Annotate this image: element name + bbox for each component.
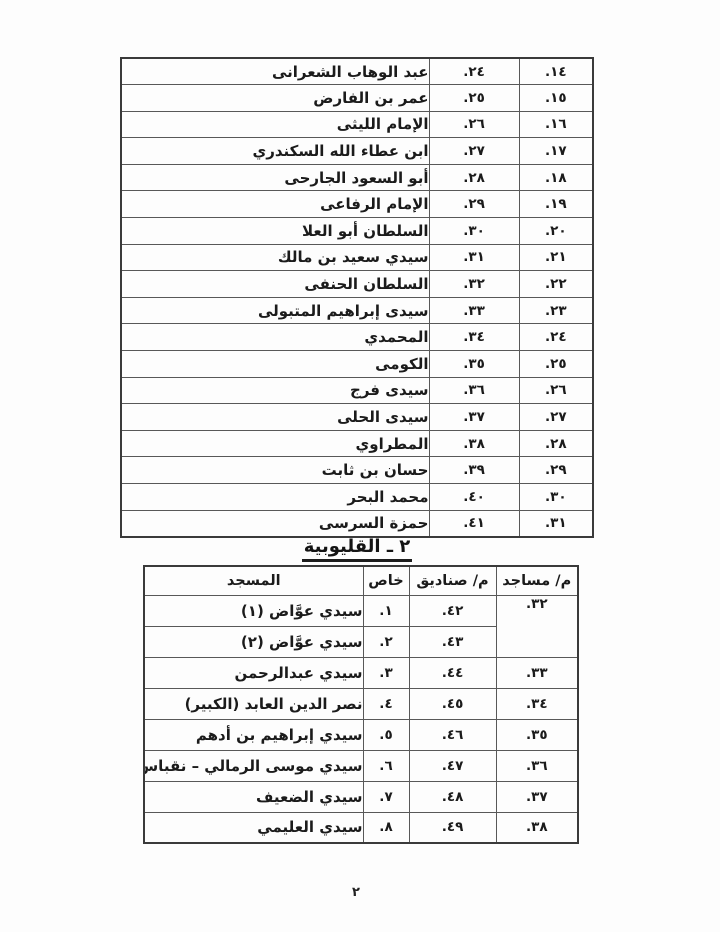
saint-row: ١٤.٢٤.عبد الوهاب الشعرانى [121, 58, 593, 85]
qalyubia-table-body: ٣٢.٤٢.١.سيدي عوَّاض (١)٤٣.٢.سيدي عوَّاض … [144, 595, 578, 843]
mosque-serial-number: ٣٥. [496, 719, 578, 750]
saint-row: ٢٦.٣٦.سيدى فرج [121, 377, 593, 404]
saint-row: ٣١.٤١.حمزة السرسى [121, 510, 593, 537]
box-serial-number: ٤٤. [409, 657, 496, 688]
mosque-name: سيدي عوَّاض (١) [144, 595, 363, 626]
row-serial-number: ٣١. [519, 510, 593, 537]
khas-number: ٣. [363, 657, 409, 688]
row-box-number: ٣٩. [429, 457, 519, 484]
saint-name: حمزة السرسى [121, 510, 429, 537]
saint-row: ٢٥.٣٥.الكومى [121, 351, 593, 378]
mosque-row: ٣٥.٤٦.٥.سيدي إبراهيم بن أدهم [144, 719, 578, 750]
khas-number: ٨. [363, 812, 409, 843]
mosque-name: سيدي الضعيف [144, 781, 363, 812]
saint-row: ٢٣.٣٣.سيدى إبراهيم المتبولى [121, 297, 593, 324]
box-serial-number: ٤٨. [409, 781, 496, 812]
saint-row: ٢٤.٣٤.المحمدي [121, 324, 593, 351]
row-box-number: ٢٨. [429, 164, 519, 191]
row-serial-number: ١٤. [519, 58, 593, 85]
row-serial-number: ٢٤. [519, 324, 593, 351]
row-box-number: ٤٠. [429, 484, 519, 511]
page-number: ٢ [0, 885, 712, 900]
qalyubia-table: م/ مساجد م/ صناديق خاص المسجد ٣٢.٤٢.١.سي… [143, 565, 579, 844]
row-box-number: ٣٥. [429, 351, 519, 378]
saint-name: المحمدي [121, 324, 429, 351]
row-box-number: ٢٥. [429, 85, 519, 112]
saint-row: ١٨.٢٨.أبو السعود الجارحى [121, 164, 593, 191]
row-box-number: ٢٦. [429, 111, 519, 138]
khas-number: ٥. [363, 719, 409, 750]
saint-name: سيدى فرج [121, 377, 429, 404]
row-box-number: ٢٤. [429, 58, 519, 85]
saint-name: سيدى إبراهيم المتبولى [121, 297, 429, 324]
row-serial-number: ١٩. [519, 191, 593, 218]
row-box-number: ٣٢. [429, 271, 519, 298]
mosque-serial-number: ٣٤. [496, 688, 578, 719]
khas-number: ٤. [363, 688, 409, 719]
mosque-name: نصر الدين العابد (الكبير) [144, 688, 363, 719]
row-box-number: ٤١. [429, 510, 519, 537]
section-heading: ٢ ـ القليوبية [0, 536, 714, 564]
row-serial-number: ٢٩. [519, 457, 593, 484]
saints-table-body: ١٤.٢٤.عبد الوهاب الشعرانى١٥.٢٥.عمر بن ال… [121, 58, 593, 537]
box-serial-number: ٤٩. [409, 812, 496, 843]
saint-name: الكومى [121, 351, 429, 378]
box-serial-number: ٤٧. [409, 750, 496, 781]
row-box-number: ٣٦. [429, 377, 519, 404]
mosque-serial-number: ٣٣. [496, 657, 578, 688]
saint-name: الإمام الليثى [121, 111, 429, 138]
row-serial-number: ١٦. [519, 111, 593, 138]
saint-name: الإمام الرفاعى [121, 191, 429, 218]
mosque-row: ٣٤.٤٥.٤.نصر الدين العابد (الكبير) [144, 688, 578, 719]
box-serial-number: ٤٥. [409, 688, 496, 719]
box-serial-number: ٤٦. [409, 719, 496, 750]
row-box-number: ٣٧. [429, 404, 519, 431]
saint-name: عمر بن الفارض [121, 85, 429, 112]
saint-name: المطراوي [121, 430, 429, 457]
khas-number: ١. [363, 595, 409, 626]
mosque-row: ٣٧.٤٨.٧.سيدي الضعيف [144, 781, 578, 812]
row-box-number: ٣٤. [429, 324, 519, 351]
mosque-serial-number: ٣٧. [496, 781, 578, 812]
saint-row: ١٥.٢٥.عمر بن الفارض [121, 85, 593, 112]
mosque-name: سيدي إبراهيم بن أدهم [144, 719, 363, 750]
row-serial-number: ٢٥. [519, 351, 593, 378]
row-serial-number: ٢٢. [519, 271, 593, 298]
header-mosque-name: المسجد [144, 566, 363, 595]
saint-name: ابن عطاء الله السكندري [121, 138, 429, 165]
row-serial-number: ١٨. [519, 164, 593, 191]
row-box-number: ٢٩. [429, 191, 519, 218]
saint-name: السلطان أبو العلا [121, 218, 429, 245]
row-box-number: ٣٨. [429, 430, 519, 457]
mosque-name: سيدي موسى الرمالي – نقباس [144, 750, 363, 781]
mosque-serial-number: ٣٢. [496, 595, 578, 657]
row-box-number: ٣٣. [429, 297, 519, 324]
saint-row: ١٦.٢٦.الإمام الليثى [121, 111, 593, 138]
row-serial-number: ٢٧. [519, 404, 593, 431]
mosque-serial-number: ٣٦. [496, 750, 578, 781]
mosque-name: سيدي العليمي [144, 812, 363, 843]
row-box-number: ٣٠. [429, 218, 519, 245]
saints-table: ١٤.٢٤.عبد الوهاب الشعرانى١٥.٢٥.عمر بن ال… [120, 57, 594, 538]
khas-number: ٧. [363, 781, 409, 812]
saint-row: ٢٠.٣٠.السلطان أبو العلا [121, 218, 593, 245]
saint-row: ٢٨.٣٨.المطراوي [121, 430, 593, 457]
saint-name: سيدي سعيد بن مالك [121, 244, 429, 271]
saint-row: ٢٧.٣٧.سيدى الحلى [121, 404, 593, 431]
saint-row: ٣٠.٤٠.محمد البحر [121, 484, 593, 511]
khas-number: ٦. [363, 750, 409, 781]
saint-row: ٢١.٣١.سيدي سعيد بن مالك [121, 244, 593, 271]
saint-row: ٢٢.٣٢.السلطان الحنفى [121, 271, 593, 298]
row-serial-number: ٢٦. [519, 377, 593, 404]
saint-name: سيدى الحلى [121, 404, 429, 431]
khas-number: ٢. [363, 626, 409, 657]
saint-name: أبو السعود الجارحى [121, 164, 429, 191]
header-mosques-serial: م/ مساجد [496, 566, 578, 595]
mosque-row: ٣٢.٤٢.١.سيدي عوَّاض (١) [144, 595, 578, 626]
saint-name: السلطان الحنفى [121, 271, 429, 298]
mosque-row: ٣٦.٤٧.٦.سيدي موسى الرمالي – نقباس [144, 750, 578, 781]
row-serial-number: ١٧. [519, 138, 593, 165]
box-serial-number: ٤٣. [409, 626, 496, 657]
header-boxes-serial: م/ صناديق [409, 566, 496, 595]
box-serial-number: ٤٢. [409, 595, 496, 626]
mosque-row: ٣٨.٤٩.٨.سيدي العليمي [144, 812, 578, 843]
mosque-row: ٣٣.٤٤.٣.سيدي عبدالرحمن [144, 657, 578, 688]
saint-row: ١٩.٢٩.الإمام الرفاعى [121, 191, 593, 218]
row-serial-number: ٢٣. [519, 297, 593, 324]
saint-row: ٢٩.٣٩.حسان بن ثابت [121, 457, 593, 484]
saint-row: ١٧.٢٧.ابن عطاء الله السكندري [121, 138, 593, 165]
row-box-number: ٢٧. [429, 138, 519, 165]
row-serial-number: ٣٠. [519, 484, 593, 511]
row-serial-number: ٢١. [519, 244, 593, 271]
saint-name: محمد البحر [121, 484, 429, 511]
row-serial-number: ٢٨. [519, 430, 593, 457]
mosque-serial-number: ٣٨. [496, 812, 578, 843]
row-serial-number: ٢٠. [519, 218, 593, 245]
qalyubia-table-header: م/ مساجد م/ صناديق خاص المسجد [144, 566, 578, 595]
saint-name: حسان بن ثابت [121, 457, 429, 484]
row-serial-number: ١٥. [519, 85, 593, 112]
row-box-number: ٣١. [429, 244, 519, 271]
saint-name: عبد الوهاب الشعرانى [121, 58, 429, 85]
section-heading-text: ٢ ـ القليوبية [302, 536, 413, 562]
header-khas: خاص [363, 566, 409, 595]
mosque-name: سيدي عبدالرحمن [144, 657, 363, 688]
mosque-name: سيدي عوَّاض (٢) [144, 626, 363, 657]
